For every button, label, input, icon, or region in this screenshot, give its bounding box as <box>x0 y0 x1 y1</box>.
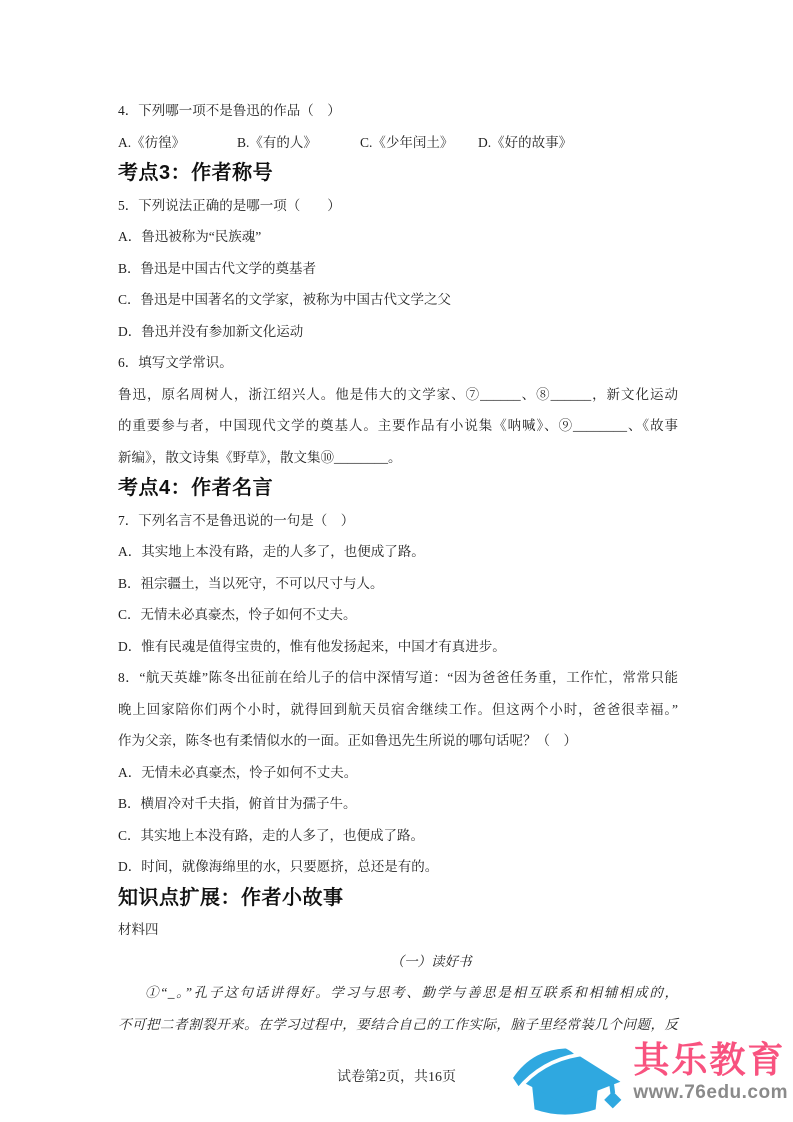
option-line: B．横眉冷对千夫指，俯首甘为孺子牛。 <box>118 788 678 820</box>
graduation-cap-icon <box>505 1034 629 1118</box>
logo-brand-name: 其乐教育 <box>633 1040 788 1080</box>
option-line: D．惟有民魂是值得宝贵的，惟有他发扬起来，中国才有真进步。 <box>118 631 678 663</box>
option-line: A．无情未必真豪杰，怜子如何不丈夫。 <box>118 757 678 789</box>
paragraph-line: 新编》，散文诗集《野草》，散文集⑩________。 <box>118 442 678 474</box>
paragraph-line: 8．“航天英雄”陈冬出征前在给儿子的信中深情写道：“因为爸爸任务重，工作忙，常常… <box>118 662 678 694</box>
kai-paragraph-line: ①“_。”孔子这句话讲得好。学习与思考、勤学与善思是相互联系和相辅相成的， <box>118 977 678 1009</box>
option-item: C.《少年闰土》 <box>360 127 478 159</box>
question-line: 7．下列名言不是鲁迅说的一句是（ ） <box>118 505 678 537</box>
question-line: 4．下列哪一项不是鲁迅的作品（ ） <box>118 95 678 127</box>
option-line: B．祖宗疆土，当以死守，不可以尺寸与人。 <box>118 568 678 600</box>
section-heading: 考点4：作者名言 <box>118 473 678 505</box>
option-line: A．其实地上本没有路，走的人多了，也便成了路。 <box>118 536 678 568</box>
paragraph-line: 鲁迅，原名周树人，浙江绍兴人。他是伟大的文学家、⑦______、⑧______，… <box>118 379 678 411</box>
option-item: D.《好的故事》 <box>478 127 678 159</box>
logo-website-url: www.76edu.com <box>633 1082 788 1104</box>
option-item: B.《有的人》 <box>237 127 360 159</box>
option-line: A．鲁迅被称为“民族魂” <box>118 221 678 253</box>
text-line: 材料四 <box>118 914 678 946</box>
option-line: C．其实地上本没有路，走的人多了，也便成了路。 <box>118 820 678 852</box>
paragraph-line: 作为父亲，陈冬也有柔情似水的一面。正如鲁迅先生所说的哪句话呢？（ ） <box>118 725 678 757</box>
logo-text-block: 其乐教育 www.76edu.com <box>633 1034 788 1104</box>
option-line: D．时间，就像海绵里的水，只要愿挤，总还是有的。 <box>118 851 678 883</box>
option-line: C．无情未必真豪杰，怜子如何不丈夫。 <box>118 599 678 631</box>
brand-logo: 其乐教育 www.76edu.com <box>505 1034 788 1118</box>
options-row: A.《彷徨》B.《有的人》C.《少年闰土》D.《好的故事》 <box>118 127 678 159</box>
option-item: A.《彷徨》 <box>118 127 237 159</box>
page-number-text: 试卷第2页，共16页 <box>337 1070 456 1085</box>
option-line: B．鲁迅是中国古代文学的奠基者 <box>118 253 678 285</box>
option-line: C．鲁迅是中国著名的文学家，被称为中国古代文学之父 <box>118 284 678 316</box>
option-line: D．鲁迅并没有参加新文化运动 <box>118 316 678 348</box>
paragraph-line: 晚上回家陪你们两个小时，就得回到航天员宿舍继续工作。但这两个小时，爸爸很幸福。” <box>118 694 678 726</box>
question-line: 6．填写文学常识。 <box>118 347 678 379</box>
subsection-title: （一）读好书 <box>118 946 678 978</box>
exam-paper-page: 4．下列哪一项不是鲁迅的作品（ ）A.《彷徨》B.《有的人》C.《少年闰土》D.… <box>0 0 793 1122</box>
section-heading: 考点3：作者称号 <box>118 158 678 190</box>
question-line: 5．下列说法正确的是哪一项（ ） <box>118 190 678 222</box>
paragraph-line: 的重要参与者，中国现代文学的奠基人。主要作品有小说集《呐喊》、⑨________… <box>118 410 678 442</box>
section-heading: 知识点扩展：作者小故事 <box>118 883 678 915</box>
document-content: 4．下列哪一项不是鲁迅的作品（ ）A.《彷徨》B.《有的人》C.《少年闰土》D.… <box>118 95 678 1040</box>
